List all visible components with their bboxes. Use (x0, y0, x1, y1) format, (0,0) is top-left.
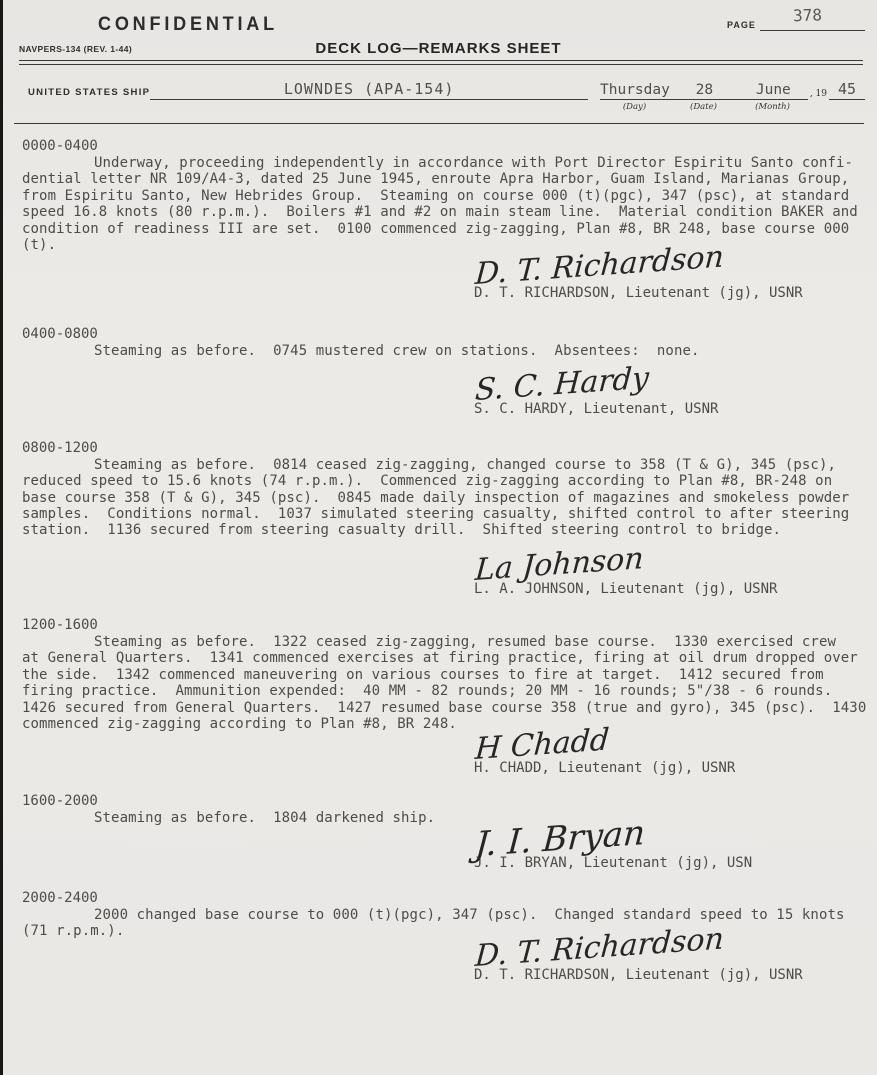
watch-period: 0000-0400 (22, 138, 859, 154)
log-entry-0800-1200: 0800-1200 Steaming as before. 0814 cease… (22, 440, 859, 597)
remarks-line: from Espiritu Santo, New Hebrides Group.… (22, 188, 859, 204)
remarks-line: Steaming as before. 0814 ceased zig-zagg… (22, 457, 859, 473)
remarks-line: samples. Conditions normal. 1037 simulat… (22, 506, 859, 522)
date-labels: (Day) (Date) (Month) (600, 102, 807, 112)
entry-remarks: Steaming as before. 0814 ceased zig-zagg… (22, 457, 859, 539)
ship-label: UNITED STATES SHIP (28, 87, 150, 100)
watch-period: 0800-1200 (22, 440, 859, 456)
remarks-line: reduced speed to 15.6 knots (74 r.p.m.).… (22, 473, 859, 489)
signature-block: H Chadd H. CHADD, Lieutenant (jg), USNR (474, 734, 859, 776)
remarks-line: firing practice. Ammunition expended: 40… (22, 683, 859, 699)
signature-block: S. C. Hardy S. C. HARDY, Lieutenant, USN… (474, 375, 859, 417)
remarks-line: Underway, proceeding independently in ac… (22, 155, 859, 171)
signature-block: J. I. Bryan J. I. BRYAN, Lieutenant (jg)… (474, 829, 859, 871)
header-bottom-rule (14, 123, 864, 124)
remarks-line: at General Quarters. 1341 commenced exer… (22, 650, 859, 666)
remarks-line: 1426 secured from General Quarters. 1427… (22, 700, 859, 716)
ship-and-date-row: UNITED STATES SHIP LOWNDES (APA-154) Thu… (28, 80, 865, 112)
year-prefix: , 19 (810, 89, 827, 100)
remarks-line: base course 358 (T & G), 345 (psc). 0845… (22, 490, 859, 506)
form-header: CONFIDENTIAL 378 PAGE NAVPERS-134 (REV. … (0, 0, 877, 128)
watch-period: 2000-2400 (22, 890, 859, 906)
signature-block: D. T. Richardson D. T. RICHARDSON, Lieut… (474, 259, 859, 301)
signature-block: La Johnson L. A. JOHNSON, Lieutenant (jg… (474, 555, 859, 597)
month-label: (Month) (738, 102, 807, 112)
entry-remarks: Underway, proceeding independently in ac… (22, 155, 859, 253)
date-underline: Thursday 28 June (600, 82, 808, 100)
signature-block: D. T. Richardson D. T. RICHARDSON, Lieut… (474, 941, 859, 983)
log-entry-0400-0800: 0400-0800 Steaming as before. 0745 muste… (22, 326, 859, 416)
page-number-value: 378 (793, 5, 866, 26)
log-entry-2000-2400: 2000-2400 2000 changed base course to 00… (22, 890, 859, 983)
classification-stamp: CONFIDENTIAL (98, 14, 278, 36)
date-month-value: June (739, 82, 808, 98)
ship-name-value: LOWNDES (APA-154) (150, 80, 588, 100)
remarks-line: condition of readiness III are set. 0100… (22, 221, 859, 237)
date-year-value: 45 (829, 80, 865, 100)
watch-period: 0400-0800 (22, 326, 859, 342)
watch-period: 1600-2000 (22, 793, 859, 809)
remarks-line: the side. 1342 commenced maneuvering on … (22, 667, 859, 683)
date-label: (Date) (669, 102, 738, 112)
remarks-line: 2000 changed base course to 000 (t)(pgc)… (22, 907, 859, 923)
double-rule (19, 60, 863, 65)
log-entry-1600-2000: 1600-2000 Steaming as before. 1804 darke… (22, 793, 859, 870)
page-underline (760, 29, 865, 31)
watch-period: 1200-1600 (22, 617, 859, 633)
remarks-line: speed 16.8 knots (80 r.p.m.). Boilers #1… (22, 204, 859, 220)
date-date-value: 28 (670, 82, 739, 98)
sheet-title: DECK LOG—REMARKS SHEET (0, 40, 877, 57)
day-label: (Day) (600, 102, 669, 112)
log-entry-0000-0400: 0000-0400 Underway, proceeding independe… (22, 138, 859, 301)
remarks-line: Steaming as before. 1322 ceased zig-zagg… (22, 634, 859, 650)
page-number-field: 378 PAGE (727, 6, 865, 31)
page-label: PAGE (727, 20, 756, 31)
date-field: Thursday 28 June , 19 45 (Day) (Date) (M… (600, 80, 865, 112)
log-entry-1200-1600: 1200-1600 Steaming as before. 1322 cease… (22, 617, 859, 776)
ship-field: UNITED STATES SHIP LOWNDES (APA-154) (28, 80, 588, 100)
scan-edge-artifact (0, 0, 3, 1075)
remarks-line: dential letter NR 109/A4-3, dated 25 Jun… (22, 171, 859, 187)
date-day-value: Thursday (600, 82, 670, 98)
